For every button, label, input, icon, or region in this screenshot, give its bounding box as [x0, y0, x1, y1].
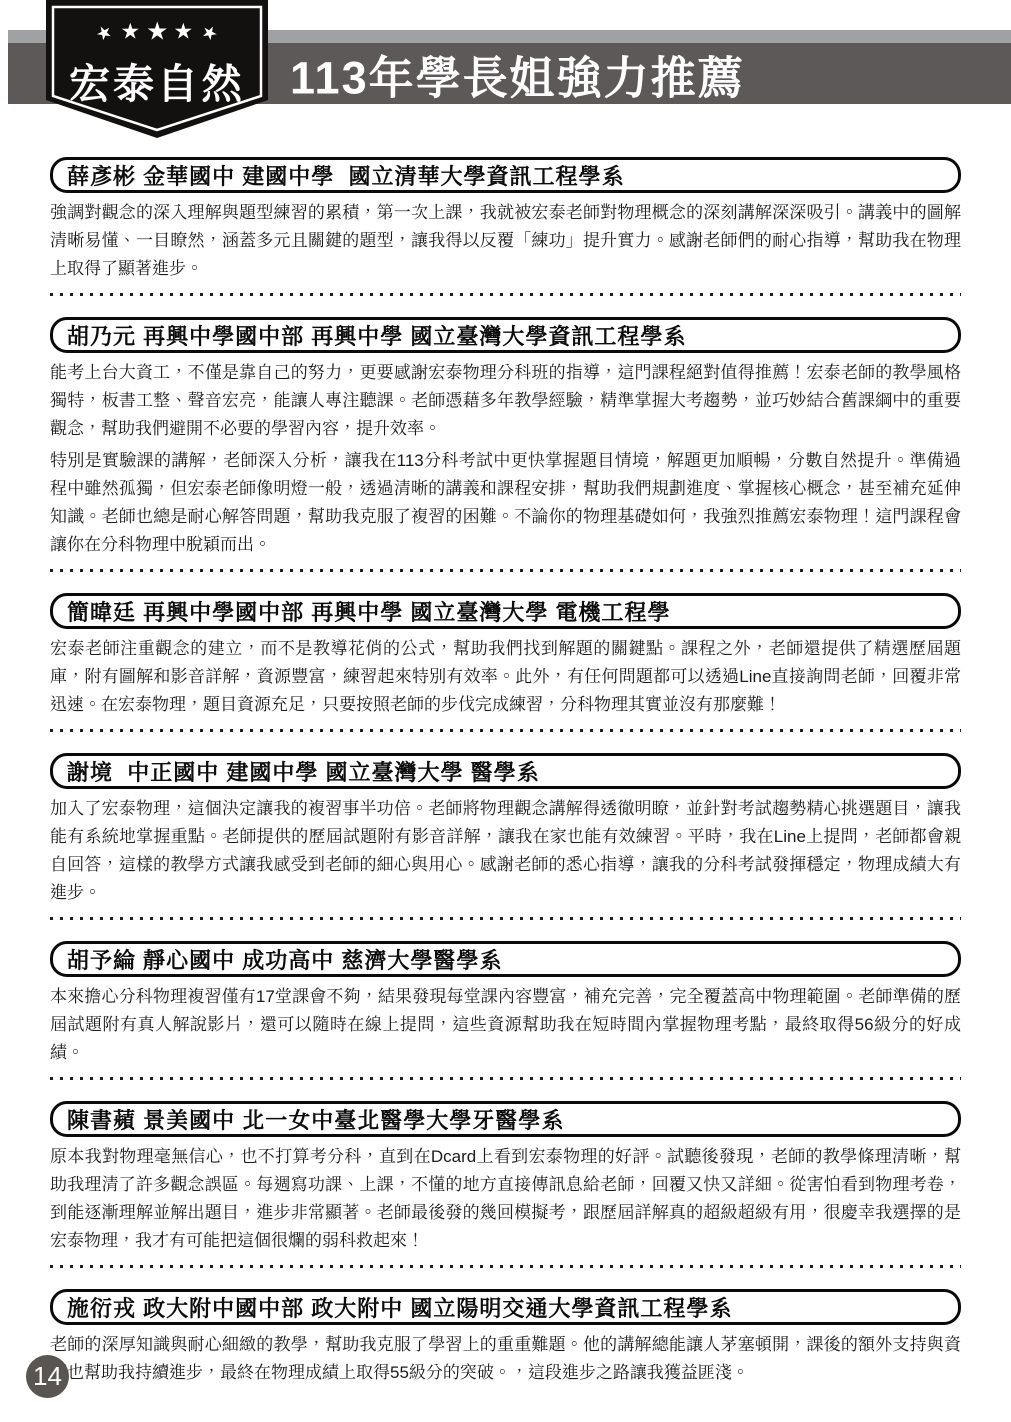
badge-title: 宏泰自然 [69, 51, 245, 110]
testimonial-section: 陳書蘋 景美國中 北一女中臺北醫學大學牙醫學系 原本我對物理毫無信心，也不打算考… [50, 1101, 961, 1268]
dotted-separator [50, 293, 961, 296]
testimonial-header-text: 施衍戎 政大附中國中部 政大附中 國立陽明交通大學資訊工程學系 [67, 1292, 732, 1323]
testimonial-list: 薛彥彬 金華國中 建國中學 國立清華大學資訊工程學系 強調對觀念的深入理解與題型… [50, 157, 961, 1387]
testimonial-section: 謝境 中正國中 建國中學 國立臺灣大學 醫學系 加入了宏泰物理，這個決定讓我的複… [50, 753, 961, 920]
badge-stars: ★ ★ ★ ★ ★ [93, 20, 220, 43]
testimonial-header-text: 胡乃元 再興中學國中部 再興中學 國立臺灣大學資訊工程學系 [67, 320, 686, 351]
testimonial-paragraph: 特別是實驗課的講解，老師深入分析，讓我在113分科考試中更快掌握題目情境，解題更… [50, 447, 961, 559]
dotted-separator [50, 1077, 961, 1080]
testimonial-paragraph: 加入了宏泰物理，這個決定讓我的複習事半功倍。老師將物理觀念講解得透徹明瞭，並針對… [50, 795, 961, 907]
star-icon: ★ [198, 21, 221, 44]
testimonial-header-text: 簡暐廷 再興中學國中部 再興中學 國立臺灣大學 電機工程學 [67, 596, 670, 627]
testimonial-header-text: 薛彥彬 金華國中 建國中學 國立清華大學資訊工程學系 [67, 160, 624, 191]
dotted-separator [50, 729, 961, 732]
testimonial-section: 薛彥彬 金華國中 建國中學 國立清華大學資訊工程學系 強調對觀念的深入理解與題型… [50, 157, 961, 296]
dotted-separator [50, 569, 961, 572]
testimonial-header: 陳書蘋 景美國中 北一女中臺北醫學大學牙醫學系 [50, 1101, 961, 1137]
star-icon: ★ [121, 21, 141, 43]
testimonial-paragraph: 強調對觀念的深入理解與題型練習的累積，第一次上課，我就被宏泰老師對物理概念的深刻… [50, 199, 961, 283]
page-number: 14 [33, 1361, 62, 1392]
star-icon: ★ [174, 21, 194, 43]
testimonial-header: 施衍戎 政大附中國中部 政大附中 國立陽明交通大學資訊工程學系 [50, 1289, 961, 1325]
badge-content: ★ ★ ★ ★ ★ 宏泰自然 [46, 0, 268, 138]
testimonial-header: 謝境 中正國中 建國中學 國立臺灣大學 醫學系 [50, 753, 961, 789]
testimonial-header-text: 陳書蘋 景美國中 北一女中臺北醫學大學牙醫學系 [67, 1104, 564, 1135]
testimonial-paragraph: 老師的深厚知識與耐心細緻的教學，幫助我克服了學習上的重重難題。他的講解總能讓人茅… [50, 1331, 961, 1387]
testimonial-section: 胡乃元 再興中學國中部 再興中學 國立臺灣大學資訊工程學系 能考上台大資工，不僅… [50, 317, 961, 572]
testimonial-header: 簡暐廷 再興中學國中部 再興中學 國立臺灣大學 電機工程學 [50, 593, 961, 629]
testimonial-section: 施衍戎 政大附中國中部 政大附中 國立陽明交通大學資訊工程學系 老師的深厚知識與… [50, 1289, 961, 1387]
testimonial-paragraph: 能考上台大資工，不僅是靠自己的努力，更要感謝宏泰物理分科班的指導，這門課程絕對值… [50, 359, 961, 443]
testimonial-paragraph: 本來擔心分科物理複習僅有17堂課會不夠，結果發現每堂課內容豐富，補充完善，完全覆… [50, 983, 961, 1067]
dotted-separator [50, 917, 961, 920]
page-number-badge: 14 [26, 1355, 69, 1398]
testimonial-header: 胡予綸 靜心國中 成功高中 慈濟大學醫學系 [50, 941, 961, 977]
dotted-separator [50, 1265, 961, 1268]
testimonial-paragraph: 原本我對物理毫無信心，也不打算考分科，直到在Dcard上看到宏泰物理的好評。試聽… [50, 1143, 961, 1255]
brand-badge: ★ ★ ★ ★ ★ 宏泰自然 [46, 0, 268, 138]
testimonial-paragraph: 宏泰老師注重觀念的建立，而不是教導花俏的公式，幫助我們找到解題的關鍵點。課程之外… [50, 635, 961, 719]
testimonial-header-text: 謝境 中正國中 建國中學 國立臺灣大學 醫學系 [67, 756, 540, 787]
banner-title: 113年學長姐強力推薦 [290, 41, 745, 106]
testimonial-section: 簡暐廷 再興中學國中部 再興中學 國立臺灣大學 電機工程學 宏泰老師注重觀念的建… [50, 593, 961, 732]
testimonial-header: 薛彥彬 金華國中 建國中學 國立清華大學資訊工程學系 [50, 157, 961, 193]
star-icon: ★ [146, 19, 168, 44]
page: 113年學長姐強力推薦 ★ ★ ★ ★ ★ 宏泰自然 薛彥彬 金華國中 建國中學… [0, 0, 1011, 1422]
star-icon: ★ [93, 21, 116, 44]
testimonial-section: 胡予綸 靜心國中 成功高中 慈濟大學醫學系 本來擔心分科物理複習僅有17堂課會不… [50, 941, 961, 1080]
testimonial-header-text: 胡予綸 靜心國中 成功高中 慈濟大學醫學系 [67, 944, 502, 975]
testimonial-header: 胡乃元 再興中學國中部 再興中學 國立臺灣大學資訊工程學系 [50, 317, 961, 353]
